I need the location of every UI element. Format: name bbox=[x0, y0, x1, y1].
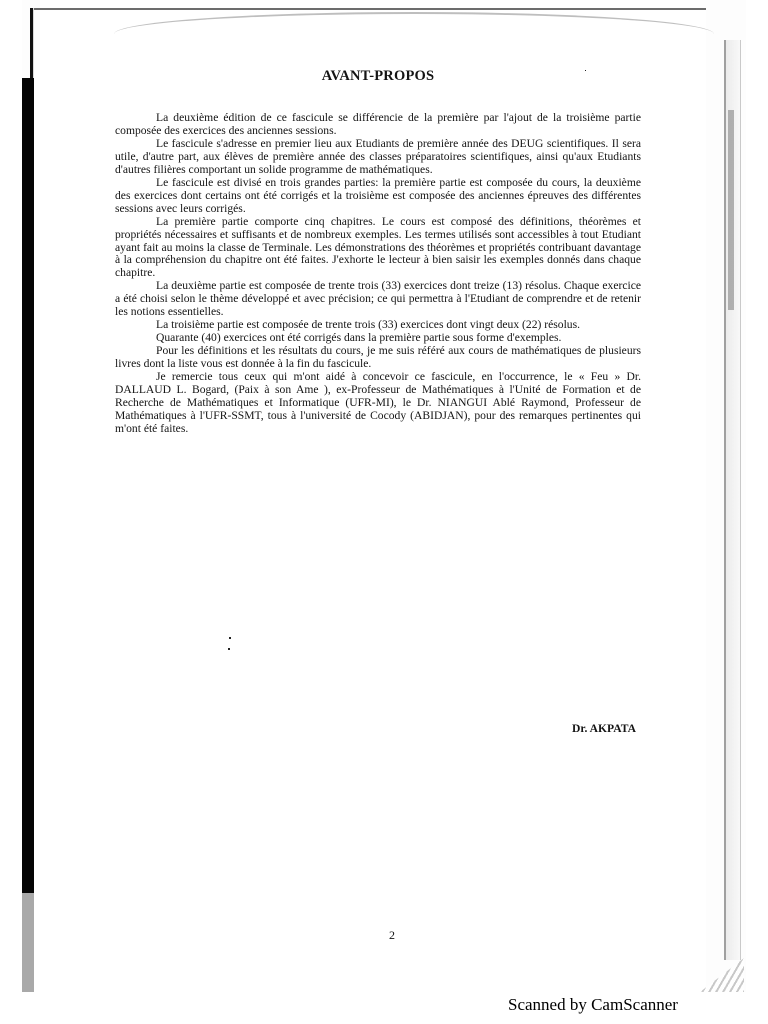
page-title-text: AVANT-PROPOS bbox=[322, 68, 435, 84]
document-body: La deuxième édition de ce fascicule se d… bbox=[115, 112, 641, 436]
page-number: 2 bbox=[389, 928, 395, 943]
paragraph: La deuxième partie est composée de trent… bbox=[115, 280, 641, 319]
paragraph: Le fascicule s'adresse en premier lieu a… bbox=[115, 138, 641, 177]
paragraph: Pour les définitions et les résultats du… bbox=[115, 345, 641, 371]
page-title: AVANT-PROPOS bbox=[0, 68, 768, 85]
scanner-watermark: Scanned by CamScanner bbox=[508, 995, 678, 1015]
page-top-curl bbox=[114, 12, 714, 34]
paragraph: Le fascicule est divisé en trois grandes… bbox=[115, 177, 641, 216]
scan-speck bbox=[228, 648, 230, 650]
paragraph: La première partie comporte cinq chapitr… bbox=[115, 216, 641, 281]
scan-speck bbox=[229, 637, 231, 639]
page-right-edge-shadow bbox=[728, 110, 734, 310]
paragraph: Je remercie tous ceux qui m'ont aidé à c… bbox=[115, 371, 641, 436]
scan-speck bbox=[585, 70, 586, 71]
author-signature: Dr. AKPATA bbox=[572, 722, 636, 735]
paragraph: La deuxième édition de ce fascicule se d… bbox=[115, 112, 641, 138]
